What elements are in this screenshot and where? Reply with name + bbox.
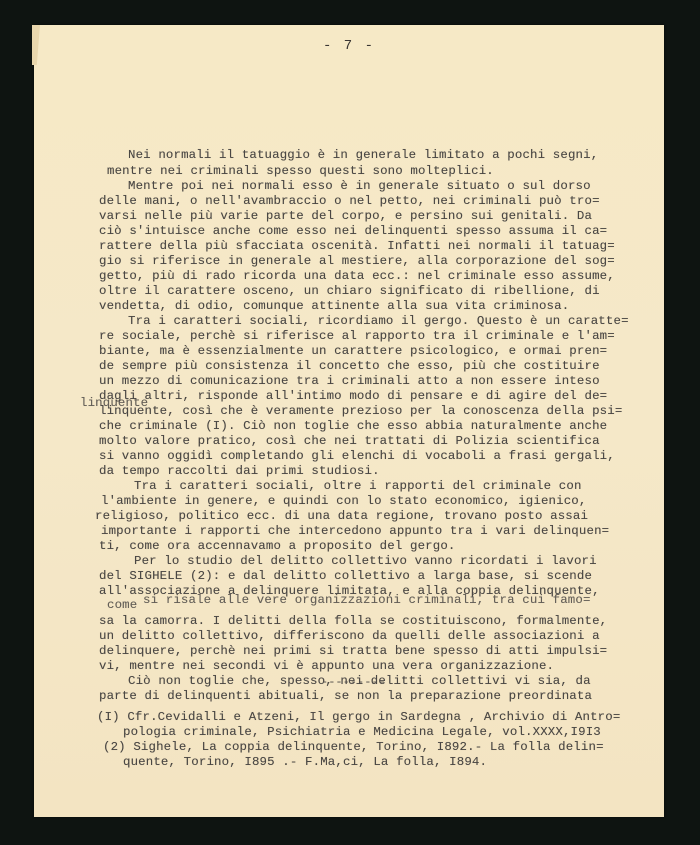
typewritten-page: - 7 - Nei normali il tatuaggio è in gene… [34, 25, 664, 817]
footnote-line: (I) Cfr.Cevidalli e Atzeni, Il gergo in … [97, 710, 620, 724]
footnote-line: quente, Torino, I895 .- F.Ma,ci, La foll… [123, 755, 487, 769]
footnote-line: pologia criminale, Psichiatria e Medicin… [123, 725, 601, 739]
footnotes: (I) Cfr.Cevidalli e Atzeni, Il gergo in … [34, 25, 664, 817]
footnote-line: (2) Sighele, La coppia delinquente, Tori… [103, 740, 604, 754]
